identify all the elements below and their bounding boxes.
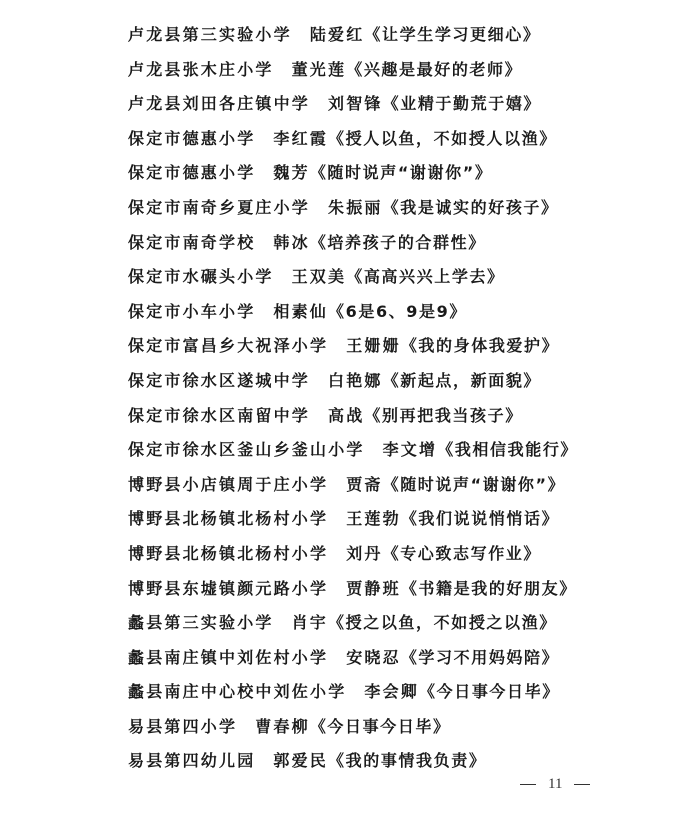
school-name: 保定市徐水区遂城中学 bbox=[128, 371, 310, 390]
dash-left bbox=[520, 784, 536, 785]
article-title: 《今日事今日毕》 bbox=[310, 717, 451, 736]
list-item: 卢龙县第三实验小学陆爱红《让学生学习更细心》 bbox=[128, 22, 578, 57]
school-name: 保定市富昌乡大祝泽小学 bbox=[128, 336, 328, 355]
author-name: 相素仙 bbox=[273, 302, 328, 321]
school-name: 保定市南奇学校 bbox=[128, 233, 255, 252]
author-name: 刘丹 bbox=[346, 544, 382, 563]
school-name: 保定市德惠小学 bbox=[128, 129, 255, 148]
article-title: 《我相信我能行》 bbox=[437, 440, 578, 459]
author-name: 高战 bbox=[328, 406, 364, 425]
list-item: 易县第四小学曹春柳《今日事今日毕》 bbox=[128, 714, 578, 749]
author-name: 肖宇 bbox=[292, 613, 328, 632]
article-title: 《新起点，新面貌》 bbox=[383, 371, 541, 390]
article-title: 《6是6、9是9》 bbox=[328, 302, 467, 321]
document-page: 卢龙县第三实验小学陆爱红《让学生学习更细心》 卢龙县张木庄小学董光莲《兴趣是最好… bbox=[0, 0, 695, 814]
school-name: 博野县北杨镇北杨村小学 bbox=[128, 544, 328, 563]
author-name: 刘智锋 bbox=[328, 94, 383, 113]
school-name: 保定市徐水区南留中学 bbox=[128, 406, 310, 425]
article-title: 《让学生学习更细心》 bbox=[364, 25, 540, 44]
article-title: 《授之以鱼，不如授之以渔》 bbox=[328, 613, 557, 632]
school-name: 保定市南奇乡夏庄小学 bbox=[128, 198, 310, 217]
page-number: 11 bbox=[520, 776, 590, 793]
school-name: 博野县北杨镇北杨村小学 bbox=[128, 509, 328, 528]
author-name: 贾斋 bbox=[346, 475, 382, 494]
author-name: 李会卿 bbox=[364, 682, 419, 701]
list-item: 博野县小店镇周于庄小学贾斋《随时说声“谢谢你”》 bbox=[128, 472, 578, 507]
article-title: 《兴趣是最好的老师》 bbox=[346, 60, 522, 79]
school-name: 保定市德惠小学 bbox=[128, 163, 255, 182]
list-item: 保定市德惠小学魏芳《随时说声“谢谢你”》 bbox=[128, 160, 578, 195]
school-name: 易县第四小学 bbox=[128, 717, 237, 736]
article-title: 《随时说声“谢谢你”》 bbox=[383, 475, 566, 494]
list-item: 保定市南奇学校韩冰《培养孩子的合群性》 bbox=[128, 230, 578, 265]
author-name: 韩冰 bbox=[273, 233, 309, 252]
article-title: 《我们说说悄悄话》 bbox=[401, 509, 559, 528]
school-name: 蠡县南庄镇中刘佐村小学 bbox=[128, 648, 328, 667]
author-name: 曹春柳 bbox=[255, 717, 310, 736]
list-item: 保定市南奇乡夏庄小学朱振丽《我是诚实的好孩子》 bbox=[128, 195, 578, 230]
article-title: 《今日事今日毕》 bbox=[419, 682, 560, 701]
school-name: 保定市小车小学 bbox=[128, 302, 255, 321]
author-name: 贾静班 bbox=[346, 579, 401, 598]
list-item: 博野县北杨镇北杨村小学刘丹《专心致志写作业》 bbox=[128, 541, 578, 576]
school-name: 易县第四幼儿园 bbox=[128, 751, 255, 770]
article-title: 《业精于勤荒于嬉》 bbox=[383, 94, 541, 113]
article-title: 《高高兴兴上学去》 bbox=[346, 267, 504, 286]
list-item: 易县第四幼儿园郭爱民《我的事情我负责》 bbox=[128, 748, 578, 783]
list-item: 保定市富昌乡大祝泽小学王姗姗《我的身体我爱护》 bbox=[128, 333, 578, 368]
list-item: 保定市小车小学相素仙《6是6、9是9》 bbox=[128, 299, 578, 334]
author-name: 王莲勃 bbox=[346, 509, 401, 528]
author-name: 陆爱红 bbox=[310, 25, 365, 44]
school-name: 卢龙县刘田各庄镇中学 bbox=[128, 94, 310, 113]
school-name: 卢龙县第三实验小学 bbox=[128, 25, 292, 44]
list-item: 蠡县南庄中心校中刘佐小学李会卿《今日事今日毕》 bbox=[128, 679, 578, 714]
article-title: 《专心致志写作业》 bbox=[383, 544, 541, 563]
article-title: 《我的身体我爱护》 bbox=[401, 336, 559, 355]
author-name: 朱振丽 bbox=[328, 198, 383, 217]
author-name: 李文增 bbox=[383, 440, 438, 459]
page-number-value: 11 bbox=[548, 776, 562, 793]
author-name: 安晓忍 bbox=[346, 648, 401, 667]
article-title: 《随时说声“谢谢你”》 bbox=[310, 163, 493, 182]
article-title: 《授人以鱼，不如授人以渔》 bbox=[328, 129, 557, 148]
dash-right bbox=[574, 784, 590, 785]
list-item: 保定市水碾头小学王双美《高高兴兴上学去》 bbox=[128, 264, 578, 299]
list-item: 蠡县南庄镇中刘佐村小学安晓忍《学习不用妈妈陪》 bbox=[128, 645, 578, 680]
article-title: 《书籍是我的好朋友》 bbox=[401, 579, 577, 598]
list-item: 卢龙县张木庄小学董光莲《兴趣是最好的老师》 bbox=[128, 57, 578, 92]
school-name: 博野县东墟镇颜元路小学 bbox=[128, 579, 328, 598]
article-title: 《学习不用妈妈陪》 bbox=[401, 648, 559, 667]
author-name: 郭爱民 bbox=[273, 751, 328, 770]
author-name: 王姗姗 bbox=[346, 336, 401, 355]
author-name: 李红霞 bbox=[273, 129, 328, 148]
author-name: 王双美 bbox=[292, 267, 347, 286]
list-item: 保定市徐水区遂城中学白艳娜《新起点，新面貌》 bbox=[128, 368, 578, 403]
article-title: 《别再把我当孩子》 bbox=[364, 406, 522, 425]
author-name: 白艳娜 bbox=[328, 371, 383, 390]
list-item: 保定市德惠小学李红霞《授人以鱼，不如授人以渔》 bbox=[128, 126, 578, 161]
list-item: 博野县北杨镇北杨村小学王莲勃《我们说说悄悄话》 bbox=[128, 506, 578, 541]
school-name: 保定市水碾头小学 bbox=[128, 267, 274, 286]
article-title: 《我是诚实的好孩子》 bbox=[383, 198, 559, 217]
school-name: 保定市徐水区釜山乡釜山小学 bbox=[128, 440, 365, 459]
author-name: 董光莲 bbox=[292, 60, 347, 79]
school-name: 博野县小店镇周于庄小学 bbox=[128, 475, 328, 494]
article-title: 《培养孩子的合群性》 bbox=[310, 233, 486, 252]
school-name: 蠡县南庄中心校中刘佐小学 bbox=[128, 682, 346, 701]
list-item: 保定市徐水区釜山乡釜山小学李文增《我相信我能行》 bbox=[128, 437, 578, 472]
list-item: 保定市徐水区南留中学高战《别再把我当孩子》 bbox=[128, 403, 578, 438]
school-name: 蠡县第三实验小学 bbox=[128, 613, 274, 632]
author-name: 魏芳 bbox=[273, 163, 309, 182]
entry-list: 卢龙县第三实验小学陆爱红《让学生学习更细心》 卢龙县张木庄小学董光莲《兴趣是最好… bbox=[128, 22, 578, 783]
school-name: 卢龙县张木庄小学 bbox=[128, 60, 274, 79]
list-item: 卢龙县刘田各庄镇中学刘智锋《业精于勤荒于嬉》 bbox=[128, 91, 578, 126]
list-item: 蠡县第三实验小学肖宇《授之以鱼，不如授之以渔》 bbox=[128, 610, 578, 645]
list-item: 博野县东墟镇颜元路小学贾静班《书籍是我的好朋友》 bbox=[128, 576, 578, 611]
article-title: 《我的事情我负责》 bbox=[328, 751, 486, 770]
